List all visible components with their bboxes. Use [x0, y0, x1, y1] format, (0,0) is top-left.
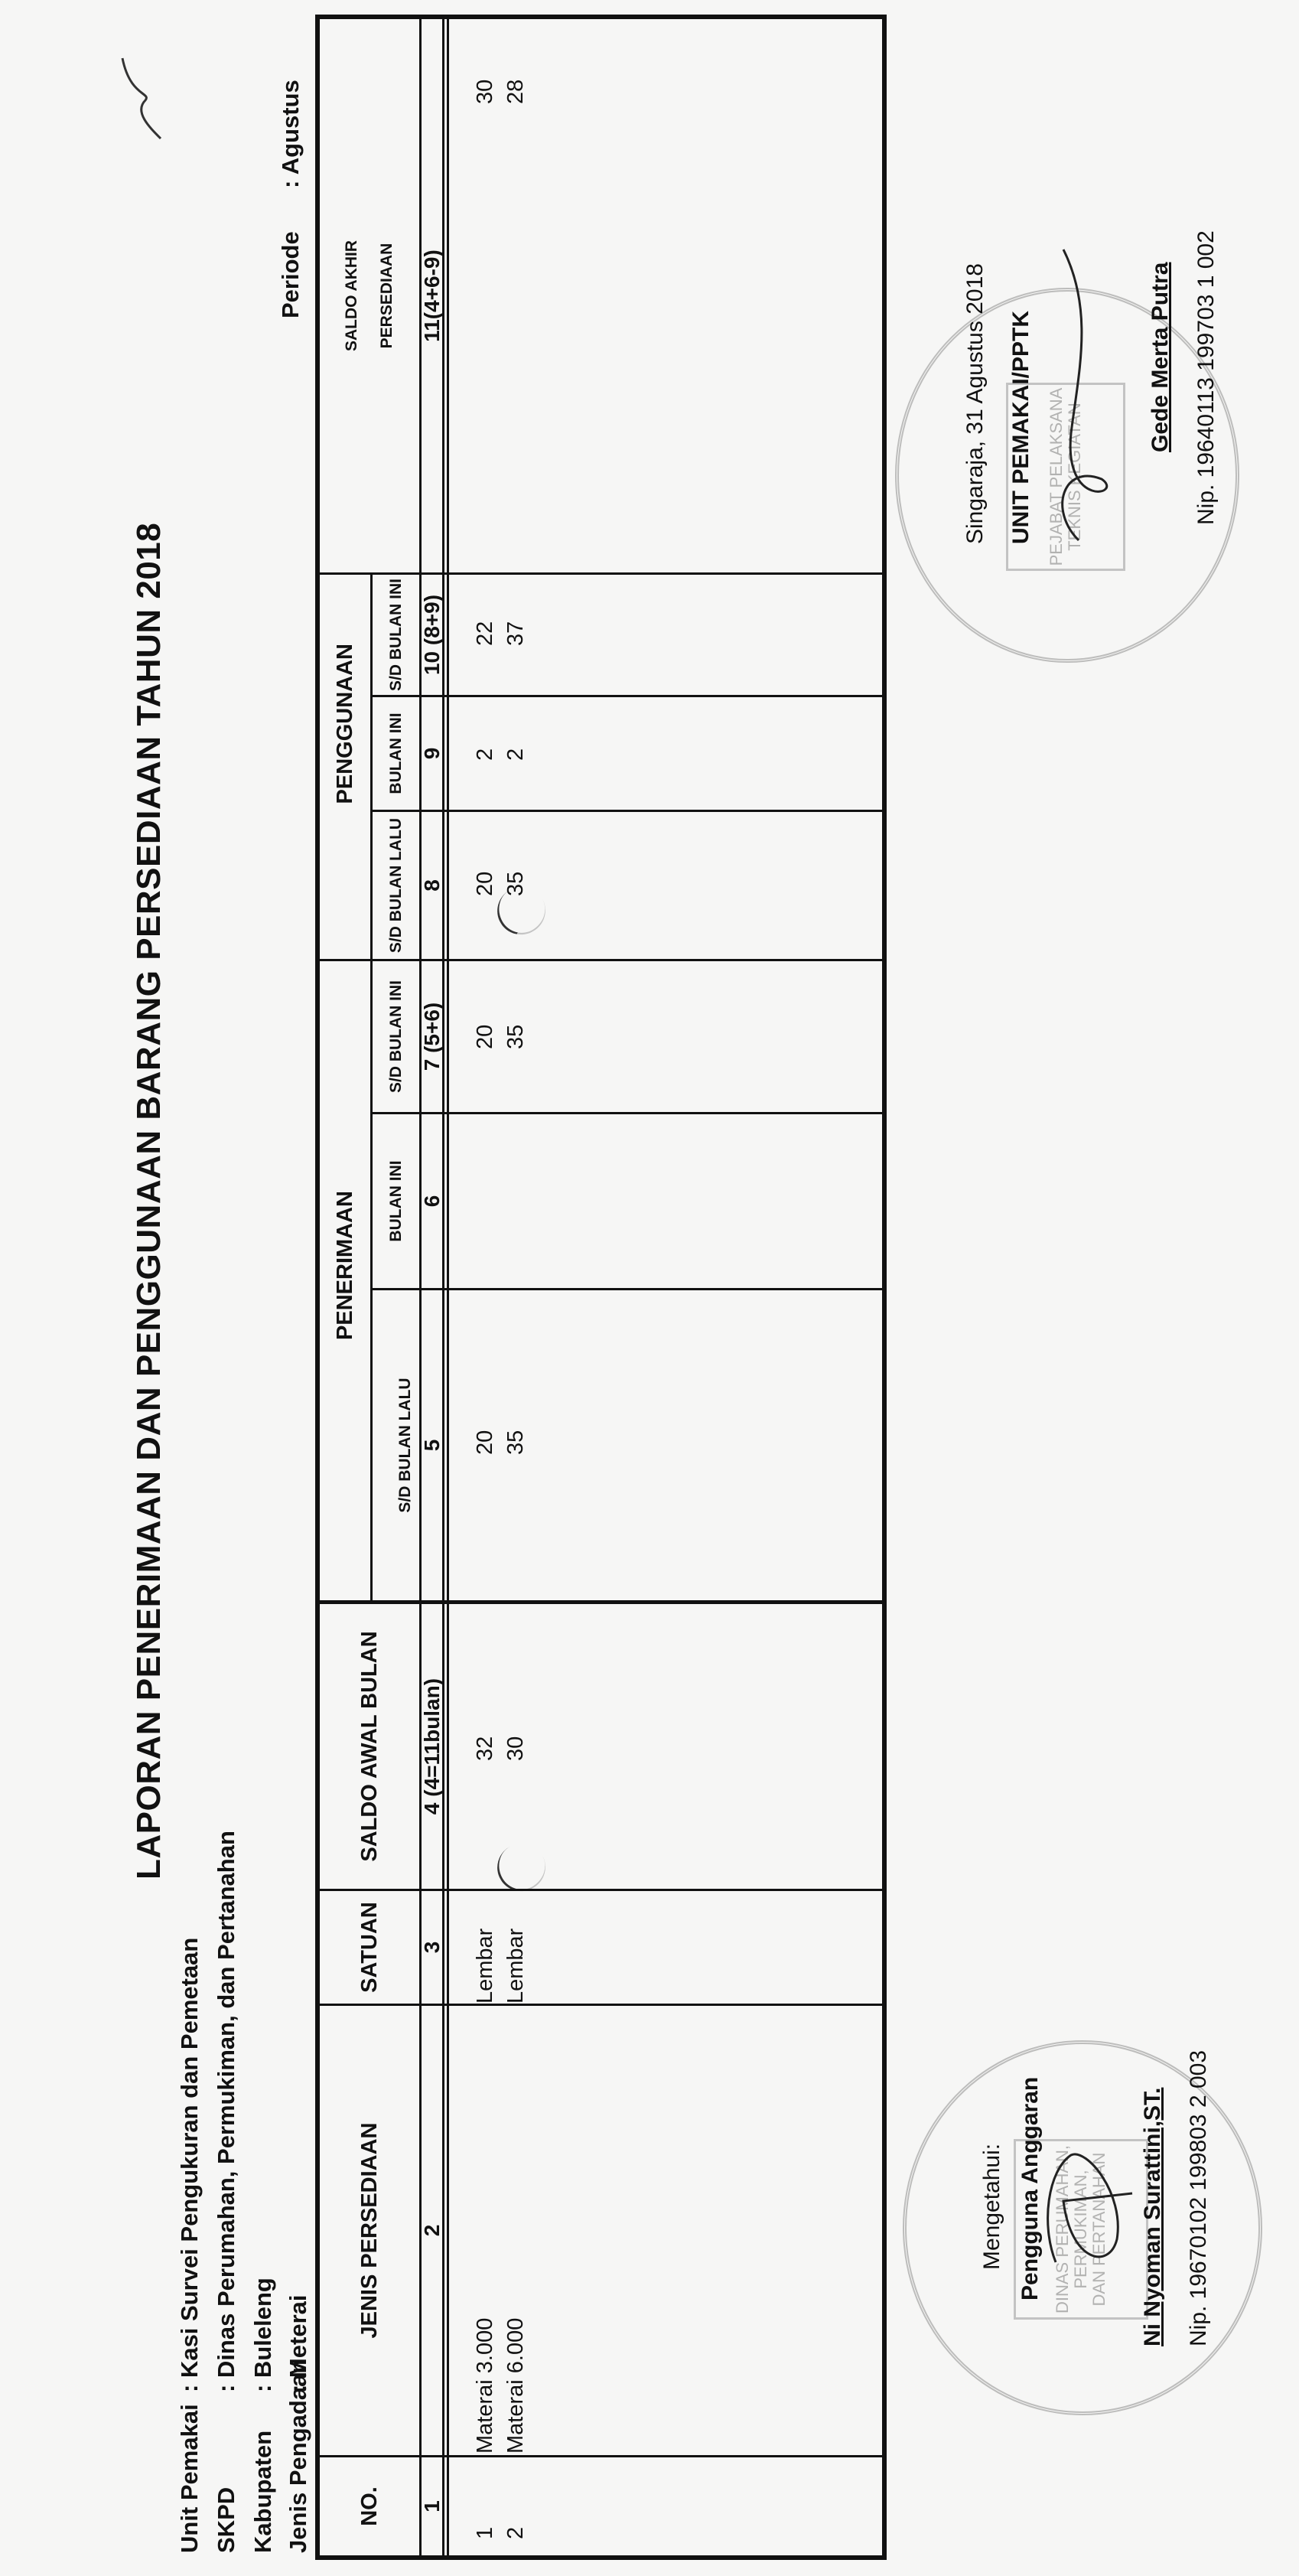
colnum-1: 1 [422, 2457, 442, 2555]
divider [370, 810, 887, 812]
table-row-2-saldo-awal: 30 [503, 1736, 529, 1761]
header-saldo-akhir-line1: SALDO AKHIR [343, 240, 361, 351]
table-row-1-no: 1 [473, 2527, 498, 2539]
table-row-2-saldo-akhir: 28 [503, 80, 529, 104]
colnum-5: 5 [422, 1290, 442, 1600]
meta-value-unit: : Kasi Survei Pengukuran dan Pemetaan [176, 1938, 203, 2392]
table-row-2-guna-sd-ini: 37 [503, 621, 529, 646]
header-saldo-awal: SALDO AWAL BULAN [320, 1604, 419, 1889]
right-sig-nip: Nip. 19640113 199703 1 002 [1193, 230, 1219, 525]
colnum-6: 6 [422, 1114, 442, 1288]
table-row-1-saldo-awal: 32 [473, 1736, 498, 1761]
colnum-7: 7 (5+6) [422, 961, 442, 1112]
left-sig-mengetahui: Mengetahui: [979, 2144, 1005, 2270]
table-row-2-terima-sd-lalu: 35 [503, 1430, 529, 1455]
meta-label-skpd: SKPD [213, 2487, 240, 2553]
header-saldo-akhir: SALDO AKHIR PERSEDIAAN [320, 19, 419, 572]
meta-value-jenis-pengadaan: : Meterai [285, 2295, 312, 2392]
header-saldo-akhir-line2: PERSEDIAAN [378, 243, 396, 349]
header-terima-sd-bulan-ini: S/D BULAN INI [373, 961, 419, 1112]
table-row-1-terima-sd-lalu: 20 [473, 1430, 498, 1455]
meta-label-unit: Unit Pemakai [176, 2404, 203, 2553]
header-satuan: SATUAN [320, 1891, 419, 2004]
table-row-2-guna-sd-lalu: 35 [503, 872, 529, 896]
report-title: LAPORAN PENERIMAAN DAN PENGGUNAAN BARANG… [130, 523, 168, 1880]
meta-value-skpd: : Dinas Perumahan, Permukiman, dan Perta… [213, 1831, 240, 2392]
header-terima-sd-bulan-lalu: S/D BULAN LALU [373, 1290, 419, 1600]
divider [370, 1288, 887, 1290]
period-value: : Agustus [277, 80, 304, 188]
table-row-1-guna-bulan-ini: 2 [473, 748, 498, 761]
colnum-9: 9 [422, 697, 442, 810]
header-penerimaan: PENERIMAAN [320, 961, 370, 1600]
header-jenis-persediaan: JENIS PERSEDIAAN [320, 2006, 419, 2455]
colnum-8: 8 [422, 812, 442, 959]
right-sig-name: Gede Merta Putra [1148, 262, 1174, 452]
header-terima-bulan-ini: BULAN INI [373, 1114, 419, 1288]
signature-scribble-icon [1025, 2132, 1148, 2285]
checkmark-icon [115, 51, 168, 142]
header-no: NO. [320, 2457, 419, 2555]
table-row-1-saldo-akhir: 30 [473, 80, 498, 104]
meta-label-kabupaten: Kabupaten [249, 2431, 277, 2553]
divider [370, 695, 887, 697]
meta-value-kabupaten: : Buleleng [249, 2278, 277, 2392]
colnum-2: 2 [422, 2006, 442, 2455]
right-sig-place-date: Singaraja, 31 Agustus 2018 [962, 263, 988, 544]
table-row-2-no: 2 [503, 2527, 529, 2539]
colnum-4: 4 (4=11bulan) [422, 1604, 442, 1889]
header-guna-sd-bulan-lalu: S/D BULAN LALU [373, 812, 419, 959]
table-row-2-satuan: Lembar [503, 1929, 529, 2004]
table-row-2-guna-bulan-ini: 2 [503, 748, 529, 761]
header-penggunaan: PENGGUNAAN [320, 575, 370, 959]
period-label: Periode [277, 231, 304, 318]
header-guna-bulan-ini: BULAN INI [373, 697, 419, 810]
left-sig-name: Ni Nyoman Surattini,ST. [1140, 2088, 1166, 2346]
signature-scribble-icon [1017, 234, 1132, 556]
colnum-11: 11(4+6-9) [422, 19, 442, 572]
table-row-2-jenis: Materai 6.000 [503, 2318, 529, 2454]
header-guna-sd-bulan-ini: S/D BULAN INI [373, 575, 419, 695]
document-page: LAPORAN PENERIMAAN DAN PENGGUNAAN BARANG… [0, 0, 1299, 2576]
divider [370, 1112, 887, 1114]
table-row-1-guna-sd-lalu: 20 [473, 872, 498, 896]
table-row-1-satuan: Lembar [473, 1929, 498, 2004]
table-row-1-jenis: Materai 3.000 [473, 2318, 498, 2454]
divider [447, 15, 449, 2560]
colnum-3: 3 [422, 1891, 442, 2004]
left-sig-nip: Nip. 19670102 199803 2 003 [1186, 2050, 1212, 2346]
colnum-10: 10 (8+9) [422, 575, 442, 695]
table-row-1-terima-sd-ini: 20 [473, 1025, 498, 1049]
divider [442, 15, 444, 2560]
table-row-2-terima-sd-ini: 35 [503, 1025, 529, 1049]
table-row-1-guna-sd-ini: 22 [473, 621, 498, 646]
